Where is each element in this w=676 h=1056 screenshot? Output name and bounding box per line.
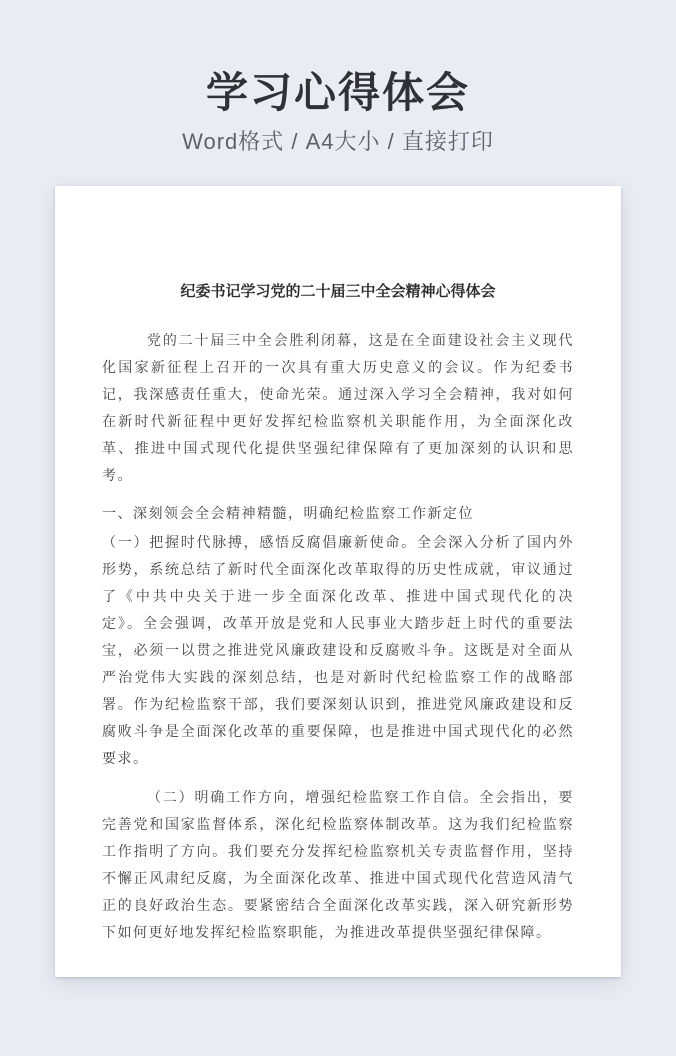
document-body: 党的二十届三中全会胜利闭幕，这是在全面建设社会主义现代化国家新征程上召开的一次具… <box>102 328 574 947</box>
header: 学习心得体会 Word格式 / A4大小 / 直接打印 <box>0 0 676 154</box>
page-title: 学习心得体会 <box>0 72 676 114</box>
doc-paragraph: （二）明确工作方向，增强纪检监察工作自信。全会指出，要完善党和国家监督体系，深化… <box>102 785 574 947</box>
doc-paragraph: 党的二十届三中全会胜利闭幕，这是在全面建设社会主义现代化国家新征程上召开的一次具… <box>102 328 574 490</box>
document-preview-sheet: 纪委书记学习党的二十届三中全会精神心得体会 党的二十届三中全会胜利闭幕，这是在全… <box>55 186 621 977</box>
template-preview-page: 学习心得体会 Word格式 / A4大小 / 直接打印 纪委书记学习党的二十届三… <box>0 0 676 1056</box>
page-subtitle: Word格式 / A4大小 / 直接打印 <box>0 129 676 154</box>
doc-section-heading: 一、深刻领会全会精神精髓，明确纪检监察工作新定位 <box>102 501 574 528</box>
doc-paragraph: （一）把握时代脉搏，感悟反腐倡廉新使命。全会深入分析了国内外形势，系统总结了新时… <box>102 530 574 773</box>
document-title: 纪委书记学习党的二十届三中全会精神心得体会 <box>102 279 574 306</box>
